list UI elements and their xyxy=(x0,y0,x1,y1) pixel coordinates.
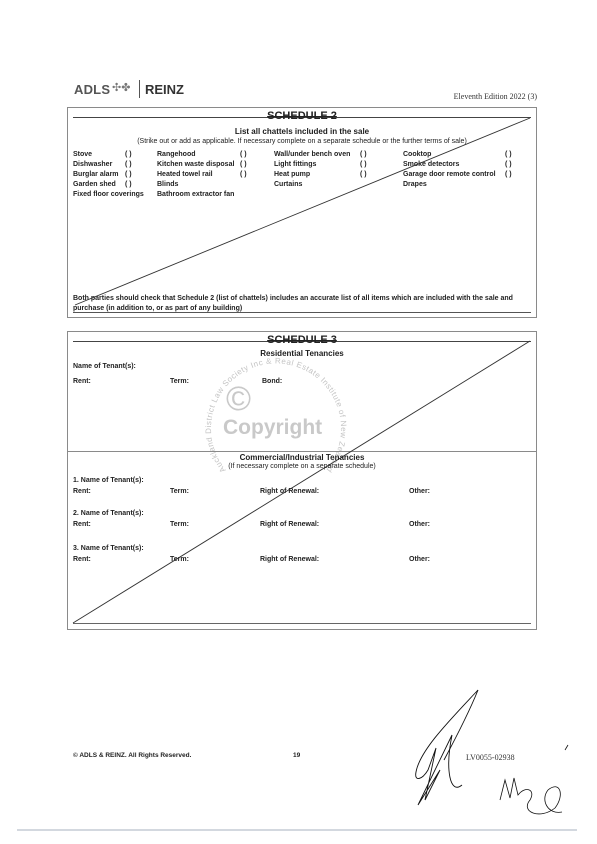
signature-1 xyxy=(416,690,478,805)
footer-copyright: © ADLS & REINZ. All Rights Reserved. xyxy=(73,752,191,759)
page-number: 19 xyxy=(293,752,300,759)
strike-lines xyxy=(0,0,597,844)
page-bottom-rule xyxy=(17,829,577,831)
document-reference: LV0055-02938 xyxy=(466,753,515,762)
